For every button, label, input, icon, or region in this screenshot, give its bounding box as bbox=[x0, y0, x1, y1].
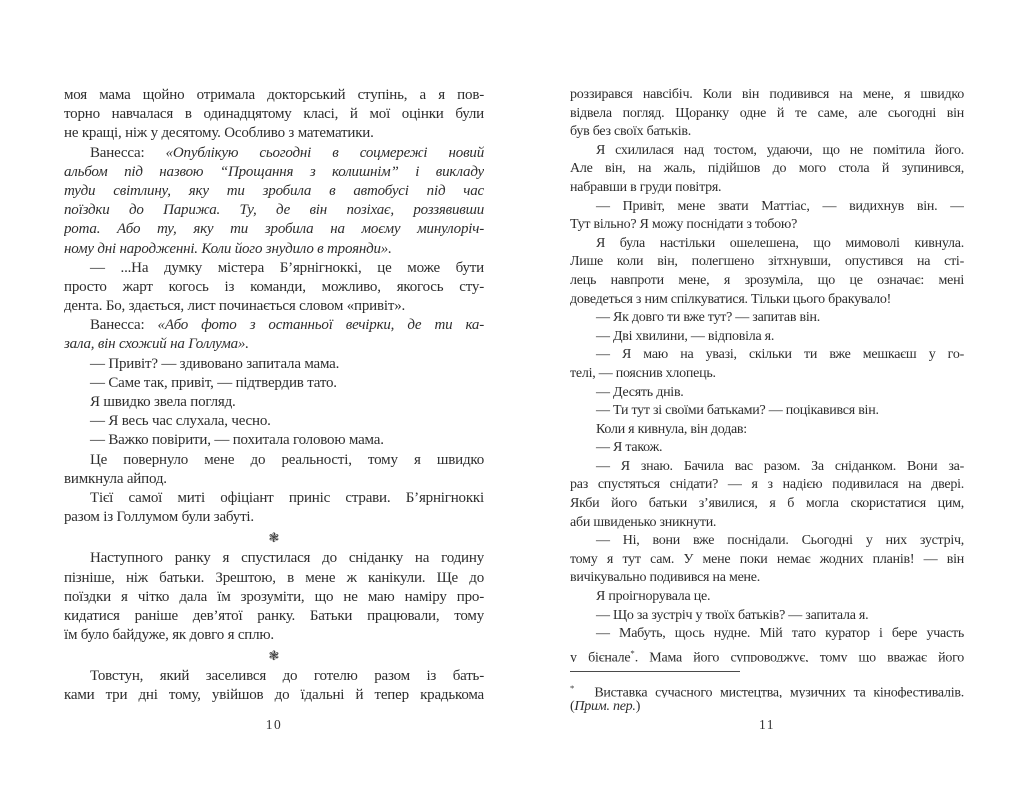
text-line: раз спустяться снідати? — я з надією под… bbox=[570, 476, 964, 495]
text-line: — Що за зустріч у твоїх батьків? — запит… bbox=[570, 607, 964, 626]
text-line: Я проігнорувала це. bbox=[570, 588, 964, 607]
text-segment: ками три дні тому, увійшов до їдальні й … bbox=[64, 687, 484, 703]
text-line: (Прим. пер.) bbox=[570, 698, 964, 717]
text-segment: Тут вільно? Я можу поснідати з тобою? bbox=[570, 217, 797, 232]
text-line: не кращі, ніж у десятому. Особливо з мат… bbox=[64, 124, 484, 143]
text-line: — Я весь час слухала, чесно. bbox=[64, 412, 484, 431]
text-line: альбом під назвою “Прощання з колишнім” … bbox=[64, 163, 484, 182]
text-line: відвела погляд. Щоранку одне й те саме, … bbox=[570, 105, 964, 124]
text-segment: аби швиденько зникнути. bbox=[570, 515, 716, 530]
text-segment: рота. Або ту, яку ти зробила на моєму ми… bbox=[64, 221, 484, 237]
text-line: — Дві хвилини, — відповіла я. bbox=[570, 328, 964, 347]
text-line: — ...На думку містера Б’ярнігноккі, це м… bbox=[64, 259, 484, 278]
text-segment: просто жарт когось із команди, можливо, … bbox=[64, 279, 484, 295]
text-line: Тут вільно? Я можу поснідати з тобою? bbox=[570, 216, 964, 235]
text-segment: роззирався навсібіч. Коли він подивився … bbox=[570, 87, 964, 102]
text-segment: тому я тут сам. У мене поки немає жодних… bbox=[570, 552, 964, 567]
text-segment: туди світлину, яку ти зробила в автобусі… bbox=[64, 183, 484, 199]
text-line: торно навчалася в одинадцятому класі, й … bbox=[64, 105, 484, 124]
text-segment: їм було байдуже, як довго я сплю. bbox=[64, 627, 274, 643]
text-segment: Прим. пер. bbox=[574, 699, 635, 714]
text-segment: ному дні народженні. Коли його знудило в… bbox=[64, 241, 392, 257]
section-break-ornament: ❃ bbox=[64, 527, 484, 549]
text-segment: — Я весь час слухала, чесно. bbox=[90, 413, 271, 429]
text-line: *Виставка сучасного мистецтва, музичних … bbox=[570, 679, 964, 698]
text-line: моя мама щойно отримала докторський ступ… bbox=[64, 86, 484, 105]
text-segment: Товстун, який заселився до готелю разом … bbox=[90, 668, 484, 684]
text-segment: — Ти тут зі своїми батьками? — поцікавив… bbox=[596, 403, 879, 418]
text-line: рота. Або ту, яку ти зробила на моєму ми… bbox=[64, 220, 484, 239]
text-segment: разом із Голлумом були забуті. bbox=[64, 509, 254, 525]
text-line: Я схилилася над тостом, удаючи, що не по… bbox=[570, 142, 964, 161]
text-segment: — Що за зустріч у твоїх батьків? — запит… bbox=[596, 608, 868, 623]
text-segment: Я швидко звела погляд. bbox=[90, 394, 236, 410]
text-segment: пізніше, ніж батьки. Зрештою, в мене ж к… bbox=[64, 570, 484, 586]
text-segment: доведеться з ним спілкуватися. Тільки ць… bbox=[570, 292, 891, 307]
text-line: Коли я кивнула, він додав: bbox=[570, 421, 964, 440]
text-segment: Якби його батьки з’явилися, я б могла ск… bbox=[570, 496, 964, 511]
text-segment: — Я знаю. Бачила вас разом. За сніданком… bbox=[596, 459, 964, 474]
text-line: Ванесса: «Або фото з останньої вечірки, … bbox=[64, 316, 484, 335]
text-line: аби швиденько зникнути. bbox=[570, 514, 964, 533]
text-segment: — Як довго ти вже тут? — запитав він. bbox=[596, 310, 820, 325]
page-number-right: 11 bbox=[570, 717, 964, 733]
text-segment: Коли я кивнула, він додав: bbox=[596, 422, 747, 437]
text-line: — Ні, вони вже поснідали. Сьогодні у них… bbox=[570, 532, 964, 551]
text-line: просто жарт когось із команди, можливо, … bbox=[64, 278, 484, 297]
text-segment: зала, він схожий на Голлума». bbox=[64, 336, 249, 352]
text-line: Лише коли він, полегшено зітхнувши, опус… bbox=[570, 253, 964, 272]
text-segment: — Дві хвилини, — відповіла я. bbox=[596, 329, 774, 344]
text-line: Але він, на жаль, підійшов до мого стола… bbox=[570, 160, 964, 179]
text-line: — Важко повірити, — похитала головою мам… bbox=[64, 431, 484, 450]
text-segment: — Саме так, привіт, — підтвердив тато. bbox=[90, 375, 337, 391]
text-line: — Привіт? — здивовано запитала мама. bbox=[64, 355, 484, 374]
text-segment: Це повернуло мене до реальності, тому я … bbox=[90, 452, 484, 468]
text-segment: у бієнале bbox=[570, 650, 630, 662]
page-number-left: 10 bbox=[64, 717, 484, 733]
text-line: — Ти тут зі своїми батьками? — поцікавив… bbox=[570, 402, 964, 421]
text-line: — Привіт, мене звати Маттіас, — видихнув… bbox=[570, 198, 964, 217]
text-line: лець навпроти мене, я зрозуміла, що це о… bbox=[570, 272, 964, 291]
text-line: у бієнале*. Мама його супроводжує, тому … bbox=[570, 644, 964, 663]
text-segment: набравши в груди повітря. bbox=[570, 180, 721, 195]
text-segment: — Важко повірити, — похитала головою мам… bbox=[90, 432, 384, 448]
text-segment: вимкнула айпод. bbox=[64, 471, 167, 487]
text-segment: телі, — пояснив хлопець. bbox=[570, 366, 716, 381]
text-line: поїздки я чітко дала їм зрозуміти, що не… bbox=[64, 588, 484, 607]
text-line: Наступного ранку я спустилася до сніданк… bbox=[64, 549, 484, 568]
text-segment: Лише коли він, полегшено зітхнувши, опус… bbox=[570, 254, 964, 269]
text-line: Ванесса: «Опублікую сьогодні в соцмережі… bbox=[64, 144, 484, 163]
text-segment: поїздки я чітко дала їм зрозуміти, що не… bbox=[64, 589, 484, 605]
text-segment: Я схилилася над тостом, удаючи, що не по… bbox=[596, 143, 964, 158]
text-segment: альбом під назвою “Прощання з колишнім” … bbox=[64, 164, 484, 180]
text-line: — Як довго ти вже тут? — запитав він. bbox=[570, 309, 964, 328]
text-line: Якби його батьки з’явилися, я б могла ск… bbox=[570, 495, 964, 514]
text-segment: Тієї самої миті офіціант приніс страви. … bbox=[90, 490, 484, 506]
text-segment: торно навчалася в одинадцятому класі, й … bbox=[64, 106, 484, 122]
text-line: — Мабуть, щось нудне. Мій тато куратор і… bbox=[570, 625, 964, 644]
text-segment: Ванесса: bbox=[90, 145, 166, 161]
text-segment: — Десять днів. bbox=[596, 385, 684, 400]
text-segment: раз спустяться снідати? — я з надією под… bbox=[570, 477, 964, 492]
text-line: разом із Голлумом були забуті. bbox=[64, 508, 484, 527]
text-line: телі, — пояснив хлопець. bbox=[570, 365, 964, 384]
page-right-text: роззирався навсібіч. Коли він подивився … bbox=[570, 86, 964, 662]
text-segment: Наступного ранку я спустилася до сніданк… bbox=[90, 550, 484, 566]
text-segment: — Мабуть, щось нудне. Мій тато куратор і… bbox=[596, 626, 964, 641]
text-segment: кидатися раніше дев’ятої ранку. Батьки п… bbox=[64, 608, 484, 624]
text-line: туди світлину, яку ти зробила в автобусі… bbox=[64, 182, 484, 201]
text-line: — Я маю на увазі, скільки ти вже мешкаєш… bbox=[570, 346, 964, 365]
text-line: вичікувально подивився на мене. bbox=[570, 569, 964, 588]
text-line: поїздки до Парижа. Ту, де він позіхає, р… bbox=[64, 201, 484, 220]
section-break-ornament: ❃ bbox=[64, 645, 484, 667]
text-line: Тієї самої миті офіціант приніс страви. … bbox=[64, 489, 484, 508]
text-segment: Ванесса: bbox=[90, 317, 158, 333]
text-line: — Десять днів. bbox=[570, 384, 964, 403]
text-line: дента. Бо, здається, лист починається сл… bbox=[64, 297, 484, 316]
text-line: тому я тут сам. У мене поки немає жодних… bbox=[570, 551, 964, 570]
text-segment: Я проігнорувала це. bbox=[596, 589, 710, 604]
text-segment: не кращі, ніж у десятому. Особливо з мат… bbox=[64, 125, 374, 141]
text-segment: Виставка сучасного мистецтва, музичних т… bbox=[594, 686, 964, 698]
text-line: зала, він схожий на Голлума». bbox=[64, 335, 484, 354]
text-segment: дента. Бо, здається, лист починається сл… bbox=[64, 298, 405, 314]
text-segment: — Привіт? — здивовано запитала мама. bbox=[90, 356, 339, 372]
text-line: пізніше, ніж батьки. Зрештою, в мене ж к… bbox=[64, 569, 484, 588]
page-left-text: моя мама щойно отримала докторський ступ… bbox=[64, 86, 484, 706]
text-line: Це повернуло мене до реальності, тому я … bbox=[64, 451, 484, 470]
text-segment: — Ні, вони вже поснідали. Сьогодні у них… bbox=[596, 533, 964, 548]
text-segment: вичікувально подивився на мене. bbox=[570, 570, 760, 585]
text-line: — Я також. bbox=[570, 439, 964, 458]
book-page-left: моя мама щойно отримала докторський ступ… bbox=[64, 86, 484, 706]
text-line: вимкнула айпод. bbox=[64, 470, 484, 489]
text-line: доведеться з ним спілкуватися. Тільки ць… bbox=[570, 291, 964, 310]
text-line: — Я знаю. Бачила вас разом. За сніданком… bbox=[570, 458, 964, 477]
text-line: Товстун, який заселився до готелю разом … bbox=[64, 667, 484, 686]
text-line: кидатися раніше дев’ятої ранку. Батьки п… bbox=[64, 607, 484, 626]
text-line: Я швидко звела погляд. bbox=[64, 393, 484, 412]
footnote-divider bbox=[570, 671, 740, 672]
text-line: — Саме так, привіт, — підтвердив тато. bbox=[64, 374, 484, 393]
text-segment: лець навпроти мене, я зрозуміла, що це о… bbox=[570, 273, 964, 288]
text-segment: ) bbox=[636, 699, 640, 714]
text-segment: — Я також. bbox=[596, 440, 662, 455]
footnote-text: *Виставка сучасного мистецтва, музичних … bbox=[570, 679, 964, 716]
flower-ornament-icon: ❃ bbox=[269, 648, 280, 663]
text-segment: — ...На думку містера Б’ярнігноккі, це м… bbox=[90, 260, 484, 276]
text-line: їм було байдуже, як довго я сплю. bbox=[64, 626, 484, 645]
footnote: *Виставка сучасного мистецтва, музичних … bbox=[570, 671, 964, 716]
book-page-right: роззирався навсібіч. Коли він подивився … bbox=[570, 86, 964, 717]
text-segment: Я була настільки ошелешена, що мимоволі … bbox=[596, 236, 964, 251]
text-segment: «Або фото з останньої вечірки, де ти ка- bbox=[158, 317, 484, 333]
text-segment: був без своїх батьків. bbox=[570, 124, 691, 139]
flower-ornament-icon: ❃ bbox=[269, 530, 280, 545]
text-segment: «Опублікую сьогодні в соцмережі новий bbox=[166, 145, 484, 161]
text-segment: . Мама його супроводжує, тому що вважає … bbox=[635, 650, 964, 662]
text-segment: моя мама щойно отримала докторський ступ… bbox=[64, 87, 484, 103]
text-segment: відвела погляд. Щоранку одне й те саме, … bbox=[570, 106, 964, 121]
text-line: ками три дні тому, увійшов до їдальні й … bbox=[64, 686, 484, 705]
text-line: Я була настільки ошелешена, що мимоволі … bbox=[570, 235, 964, 254]
text-segment: — Привіт, мене звати Маттіас, — видихнув… bbox=[596, 199, 964, 214]
text-line: був без своїх батьків. bbox=[570, 123, 964, 142]
text-line: набравши в груди повітря. bbox=[570, 179, 964, 198]
text-line: роззирався навсібіч. Коли він подивився … bbox=[570, 86, 964, 105]
text-segment: поїздки до Парижа. Ту, де він позіхає, р… bbox=[64, 202, 484, 218]
text-segment: Але він, на жаль, підійшов до мого стола… bbox=[570, 161, 964, 176]
text-segment: — Я маю на увазі, скільки ти вже мешкаєш… bbox=[596, 347, 964, 362]
footnote-asterisk: * bbox=[570, 683, 574, 693]
text-line: ному дні народженні. Коли його знудило в… bbox=[64, 240, 484, 259]
